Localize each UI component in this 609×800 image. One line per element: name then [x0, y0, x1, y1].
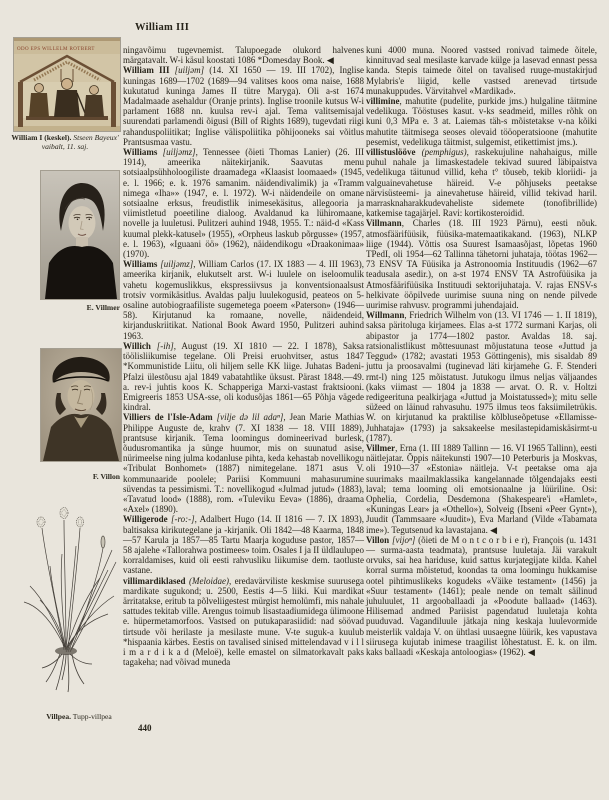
figure-villmer-portrait — [41, 171, 119, 299]
entry-pronunciation: [uiljəmz] — [157, 147, 195, 157]
entry-pronunciation: [-ro:-] — [168, 514, 195, 524]
entry-headword: Willmann — [366, 310, 404, 320]
villmer-caption: E. Villmer — [40, 303, 120, 312]
entry-villistusloove: villistuslööve (pemphigus), raskekujulin… — [366, 147, 597, 218]
figure-bayeux-tapestry: ODO EPS WILLELM ROTBERT — [14, 38, 120, 131]
entry-body: , Charles (18. III 1923 Pärnu), eesti nõ… — [366, 218, 597, 310]
entry-willigerode: Willigerode [-ro:-], Adalbert Hugo (14. … — [123, 514, 364, 575]
entry-body: ningavõimu tugevnemist. Talupoegade oluk… — [123, 45, 364, 65]
entry-body: , Jean Marie Mathias Philippe Auguste de… — [123, 412, 364, 514]
entry-headword: villimardiklased — [123, 576, 186, 586]
entry-headword: Williams — [123, 259, 157, 269]
villon-portrait-image — [41, 349, 121, 461]
entry-body: , Friedrich Wilhelm von (13. VI 1746 — 1… — [366, 310, 597, 442]
figure-villon-portrait — [41, 349, 121, 461]
entry-villimardiklased-continuation: kuni 4000 muna. Noored vastsed ronivad t… — [366, 45, 597, 96]
villpea-caption: Villpea. Tupp-villpea — [24, 712, 134, 721]
entry-body: , William Carlos (17. IX 1883 — 4. III 1… — [123, 259, 364, 340]
bayeux-tapestry-image: ODO EPS WILLELM ROTBERT — [14, 38, 120, 131]
villpea-plant-image — [16, 502, 120, 708]
entry-headword: villistuslööve — [366, 147, 416, 157]
entry-headword: Villon — [366, 535, 389, 545]
entry-headword: Villiers de l'Isle-Adam — [123, 412, 213, 422]
entry-body: , August (19. XI 1810 — 22. I 1878), Sak… — [123, 341, 364, 412]
entry-body: (õieti de M o n t c o r b i e r), Franço… — [366, 535, 597, 657]
entry-headword: Villmer — [366, 443, 395, 453]
running-head: William III — [135, 22, 189, 33]
entry-headword: Willich — [123, 341, 151, 351]
entry-villmer: Villmer, Erna (1. III 1889 Tallinn — 16.… — [366, 443, 597, 535]
text-column-left: ningavõimu tugevnemist. Talupoegade oluk… — [123, 45, 364, 667]
entry-villmann: Villmann, Charles (18. III 1923 Pärnu), … — [366, 218, 597, 310]
entry-williams-william-carlos: Williams [uiljəmz], William Carlos (17. … — [123, 259, 364, 341]
entry-body: , mahutite (pudelite, purkide jms.) hulg… — [366, 96, 597, 147]
text-column-right: kuni 4000 muna. Noored vastsed ronivad t… — [366, 45, 597, 657]
entry-headword: Williams — [123, 147, 157, 157]
encyclopedia-page: William III ODO EPS WILLELM ROTBERT Will… — [0, 0, 609, 800]
entry-body: , raskekujuline nahahaigus, mille puhul … — [366, 147, 597, 218]
entry-body: (14. XI 1650 — 19. III 1702), Inglise ku… — [123, 65, 364, 146]
entry-william-iii: William III [uiljəm] (14. XI 1650 — 19. … — [123, 65, 364, 147]
entry-villimine: villimine, mahutite (pudelite, purkide j… — [366, 96, 597, 147]
entry-headword: villimine — [366, 96, 400, 106]
entry-headword: Willigerode — [123, 514, 168, 524]
villpea-caption-species: Tupp-villpea — [71, 712, 112, 721]
page-number: 440 — [138, 723, 152, 733]
entry-body: , Tennessee (õieti Thomas Lanier) (26. I… — [123, 147, 364, 259]
entry-headword: William III — [123, 65, 169, 75]
entry-pronunciation: (pemphigus) — [416, 147, 467, 157]
entry-villon: Villon [vijoⁿ] (õieti de M o n t c o r b… — [366, 535, 597, 657]
entry-william-i-continuation: ningavõimu tugevnemist. Talupoegade oluk… — [123, 45, 364, 65]
entry-willich: Willich [-ih], August (19. XI 1810 — 22.… — [123, 341, 364, 412]
entry-pronunciation: [uiljəm] — [169, 65, 209, 75]
entry-pronunciation: [vijoⁿ] — [389, 535, 415, 545]
entry-villimardiklased: villimardiklased (Meloidae), eredavärvil… — [123, 576, 364, 668]
villpea-caption-name: Villpea. — [46, 712, 71, 721]
entry-pronunciation: (Meloidae) — [186, 576, 229, 586]
entry-villiers-de-lisle-adam: Villiers de l'Isle-Adam [vilje də lil ad… — [123, 412, 364, 514]
entry-willmann: Willmann, Friedrich Wilhelm von (13. VI … — [366, 310, 597, 443]
entry-pronunciation: [uiljəmz] — [157, 259, 193, 269]
entry-pronunciation: [-ih] — [151, 341, 174, 351]
bayeux-caption: William I (keskel). Stseen Bayeux' vaiba… — [8, 133, 122, 151]
entry-williams-tennessee: Williams [uiljəmz], Tennessee (õieti Tho… — [123, 147, 364, 259]
villmer-portrait-image — [41, 171, 119, 299]
entry-headword: Villmann — [366, 218, 402, 228]
entry-body: , eredavärviliste keskmise suurusega mar… — [123, 576, 364, 668]
villon-caption: F. Villon — [40, 472, 120, 481]
bayeux-caption-name: William I (keskel). — [11, 133, 71, 142]
figure-villpea-drawing — [16, 502, 120, 708]
entry-body: , Erna (1. III 1889 Tallinn — 16. VI 196… — [366, 443, 597, 535]
tapestry-inscription: ODO EPS WILLELM ROTBERT — [17, 47, 95, 52]
entry-pronunciation: [vilje də lil adaⁿ] — [213, 412, 284, 422]
entry-body: kuni 4000 muna. Noored vastsed ronivad t… — [366, 45, 597, 96]
